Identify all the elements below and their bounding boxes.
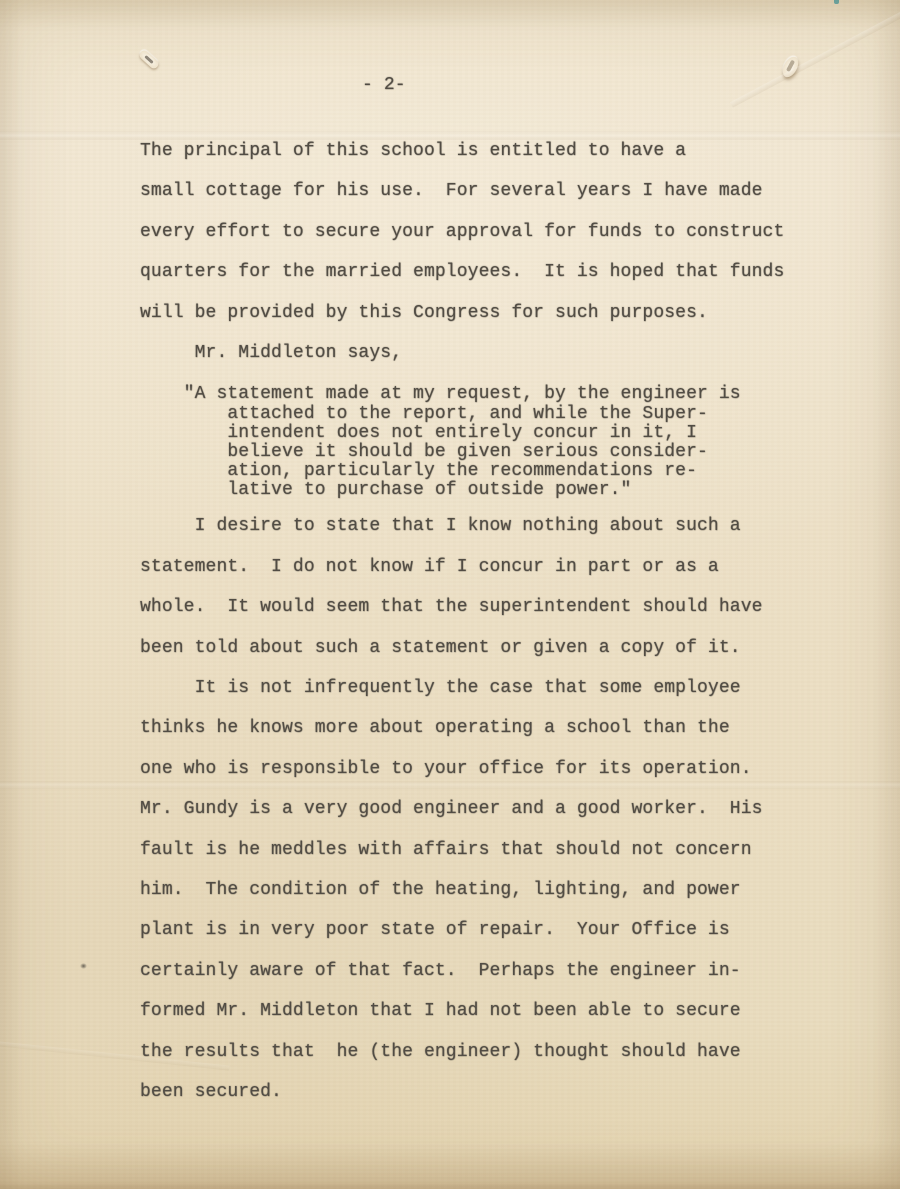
typescript-line: been secured. [140,1072,820,1112]
typescript-line: thinks he knows more about operating a s… [140,708,820,748]
typescript-line: been told about such a statement or give… [140,628,820,668]
paper-corner-crease [730,0,900,108]
typescript-quote-line: intendent does not entirely concur in it… [140,424,820,443]
typescript-line: small cottage for his use. For several y… [140,171,820,211]
ink-smudge-dot [80,963,87,969]
typescript-line: Mr. Middleton says, [140,333,820,373]
typescript-line: The principal of this school is entitled… [140,131,820,171]
typescript-line: fault is he meddles with affairs that sh… [140,830,820,870]
typescript-line: formed Mr. Middleton that I had not been… [140,991,820,1031]
typescript-quote-line: attached to the report, and while the Su… [140,405,820,424]
typescript-line: statement. I do not know if I concur in … [140,547,820,587]
staple-slit [786,60,795,72]
typescript-line: one who is responsible to your office fo… [140,749,820,789]
typescript-line: quarters for the married employees. It i… [140,252,820,292]
letter-body: The principal of this school is entitled… [140,131,820,1112]
typescript-quote-line: lative to purchase of outside power." [140,481,820,500]
staple-slit [145,55,154,64]
typewritten-letter-page: - 2- The principal of this school is ent… [0,0,900,1189]
page-number: - 2- [362,74,406,96]
typescript-line: plant is in very poor state of repair. Y… [140,910,820,950]
typescript-line: will be provided by this Congress for su… [140,293,820,333]
staple-hole-right [780,54,802,80]
typescript-line: the results that he (the engineer) thoug… [140,1032,820,1072]
staple-hole-left [138,49,160,70]
typescript-line: It is not infrequently the case that som… [140,668,820,708]
typescript-line: I desire to state that I know nothing ab… [140,506,820,546]
typescript-quote-line: ation, particularly the recommendations … [140,462,820,481]
scan-edge-speck [834,0,839,4]
typescript-quote-line: "A statement made at my request, by the … [140,385,820,404]
blockquote-middleton-statement: "A statement made at my request, by the … [140,385,820,500]
typescript-line: whole. It would seem that the superinten… [140,587,820,627]
typescript-line: Mr. Gundy is a very good engineer and a … [140,789,820,829]
typescript-line: every effort to secure your approval for… [140,212,820,252]
typescript-line: certainly aware of that fact. Perhaps th… [140,951,820,991]
typescript-line: him. The condition of the heating, light… [140,870,820,910]
typescript-quote-line: believe it should be given serious consi… [140,443,820,462]
